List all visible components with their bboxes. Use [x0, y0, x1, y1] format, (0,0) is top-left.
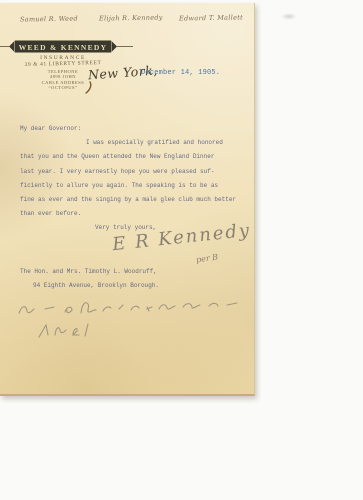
partner-name-1: Samuel R. Weed — [20, 14, 78, 23]
cable-address-name: “OCTOPUS” — [9, 85, 117, 90]
typed-date: December 14, 1905. — [141, 69, 220, 77]
letter-paper: Samuel R. Weed Elijah R. Kennedy Edward … — [0, 3, 255, 396]
pencil-scrawl — [15, 297, 245, 342]
partner-name-3: Edward T. Mallett — [179, 13, 243, 22]
partner-name-2: Elijah R. Kennedy — [99, 13, 163, 22]
body-line: last year. I very earnestly hope you wer… — [20, 165, 246, 179]
letter-body: My dear Governor: I was especially grati… — [20, 122, 246, 236]
body-line: ficiently to allure you again. The speak… — [20, 179, 246, 193]
ribbon-rule-left — [0, 46, 9, 47]
recipient-line-2: 94 Eighth Avenue, Brooklyn Borough. — [33, 282, 159, 289]
body-line: that you and the Queen attended the New … — [20, 150, 246, 164]
firm-ribbon: WEED & KENNEDY — [9, 40, 117, 53]
signature-note: per B — [195, 253, 218, 265]
ribbon-border: WEED & KENNEDY — [14, 40, 113, 53]
firm-name: WEED & KENNEDY — [19, 43, 108, 52]
scan-background: Samuel R. Weed Elijah R. Kennedy Edward … — [0, 0, 363, 500]
body-line: fine as ever and the singing by a male g… — [20, 193, 246, 207]
scan-artifact — [281, 13, 297, 20]
ink-flourish — [85, 81, 93, 94]
ribbon-rule-right — [117, 46, 133, 47]
salutation: My dear Governor: — [20, 122, 246, 136]
recipient-line-1: The Hon. and Mrs. Timothy L. Woodruff, — [20, 268, 157, 275]
body-line: than ever before. — [20, 207, 246, 221]
body-line: I was especially gratified and honored — [20, 136, 246, 150]
